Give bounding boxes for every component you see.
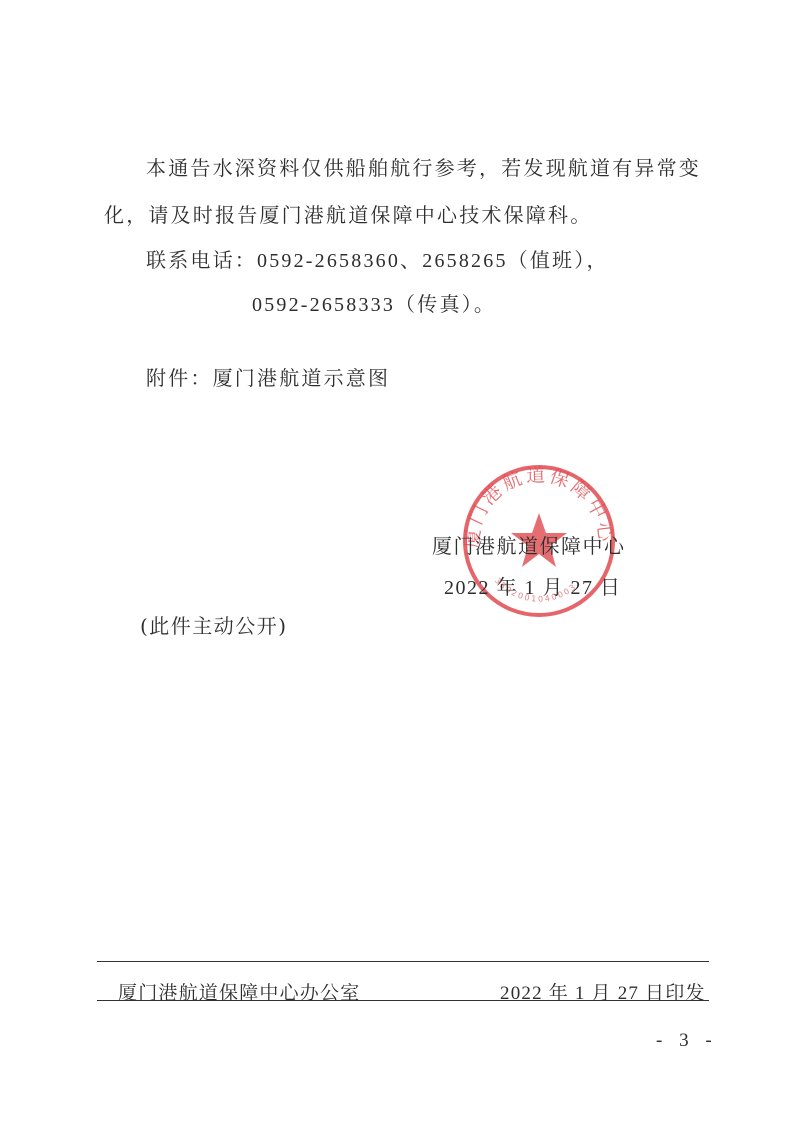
signature-organization: 厦门港航道保障中心 bbox=[432, 530, 626, 559]
public-disclosure-note: (此件主动公开) bbox=[140, 610, 288, 639]
footer-top-divider bbox=[97, 961, 709, 962]
page-number: - 3 - bbox=[656, 1030, 718, 1052]
signature-date: 2022 年 1 月 27 日 bbox=[444, 571, 622, 600]
notice-text-line-2: 化，请及时报告厦门港航道保障中心技术保障科。 bbox=[104, 199, 592, 228]
contact-fax-line: 0592-2658333（传真）。 bbox=[252, 288, 496, 317]
attachment-line: 附件：厦门港航道示意图 bbox=[146, 362, 390, 391]
footer-bottom-divider bbox=[97, 1000, 709, 1001]
notice-text-line-1: 本通告水深资料仅供船舶航行参考，若发现航道有异常变 bbox=[146, 152, 701, 181]
contact-phone-line: 联系电话：0592-2658360、2658265（值班）， bbox=[146, 244, 609, 273]
